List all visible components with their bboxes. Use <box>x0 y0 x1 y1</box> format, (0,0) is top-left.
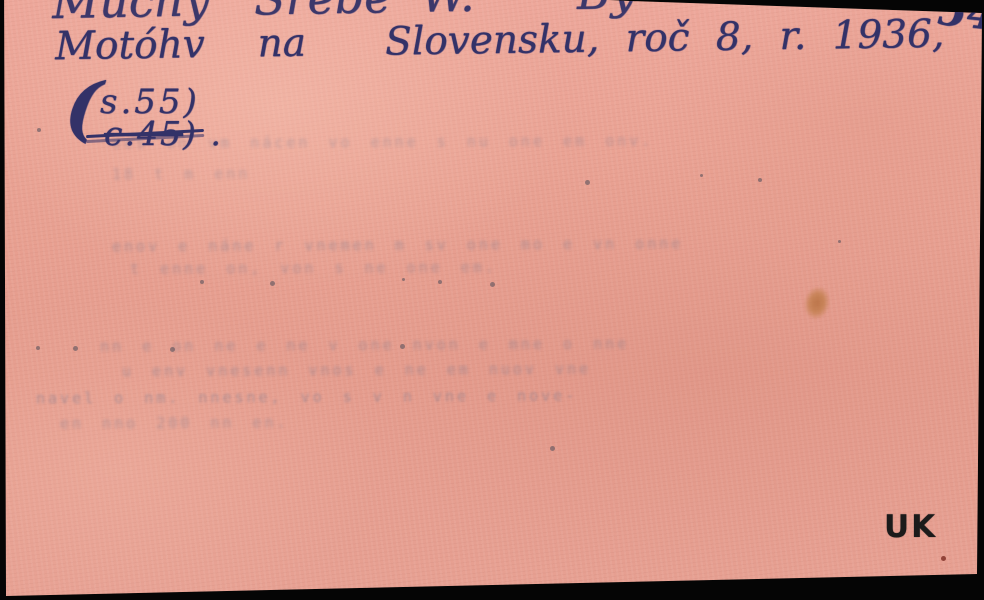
handwritten-open-paren: ( <box>61 62 105 151</box>
handwritten-corner-number: 54 <box>936 0 984 40</box>
paper-speck <box>200 280 204 284</box>
paper-speck <box>402 278 405 281</box>
paper-speck <box>700 174 703 177</box>
bleedthrough-line: en nno 200 nn en. <box>60 413 289 432</box>
paper-speck <box>37 128 41 132</box>
paper-speck <box>36 346 40 350</box>
paper-speck <box>838 240 841 243</box>
bleedthrough-line: enov e náne r vnemen m sv one mo e vn on… <box>112 235 683 256</box>
paper-speck <box>585 180 590 185</box>
paper-speck <box>490 282 495 287</box>
paper-speck <box>170 347 175 352</box>
ink-dot <box>941 556 946 561</box>
paper-stain <box>801 284 834 323</box>
catalog-card: ees on vm nácen vo enne s nu one em onv.… <box>0 0 984 600</box>
paper-speck <box>73 346 78 351</box>
bleedthrough-line: navel o nm. nnesne, vo s v n vne e nove- <box>36 387 577 408</box>
paper-speck <box>758 178 762 182</box>
bleedthrough-line: nn e on ne e ne v one nvon e mne o nne <box>100 335 629 356</box>
paper-speck <box>550 446 555 451</box>
library-stamp-uk: UK <box>884 509 937 545</box>
after-struck-text: ) . <box>183 114 223 153</box>
paper-speck <box>438 280 442 284</box>
bleedthrough-line: u env vnesenn vnos e ne em nuov vne <box>122 360 591 380</box>
bleedthrough-line: 18 t m enn <box>112 165 250 184</box>
paper-speck <box>400 344 405 349</box>
bleedthrough-line: t enne on, von s ne one em. <box>130 258 497 278</box>
paper-speck <box>270 281 275 286</box>
